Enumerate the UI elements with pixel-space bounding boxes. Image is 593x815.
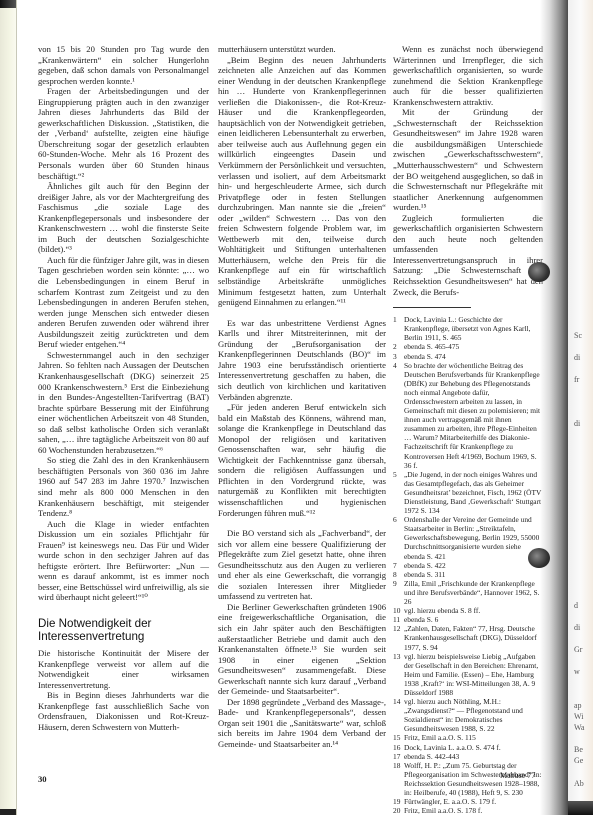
footnote: 4So brachte der wöchentliche Beitrag des… — [393, 361, 543, 470]
facing-page-text: di — [574, 622, 580, 633]
page-edge-shadow-bottom — [0, 809, 16, 815]
text-column-2: mutterhäusern unterstützt wurden. „Beim … — [218, 44, 386, 750]
quote-paragraph: „Beim Beginn des neuen Jahrhunderts zeic… — [218, 55, 386, 308]
section-heading: Die Notwendigkeit der Interessenvertretu… — [38, 617, 209, 643]
facing-page-text: d — [574, 600, 578, 611]
paragraph: Zugleich formulierten die gewerkschaftli… — [393, 213, 543, 297]
facing-page-text: di — [574, 352, 580, 363]
page-edge-shadow-top — [0, 0, 16, 8]
facing-page-text: Ab — [574, 778, 584, 789]
footnote: 5„Die Jugend, in der noch einiges Wahres… — [393, 470, 543, 515]
facing-page-text: di — [574, 418, 580, 429]
footnote-divider — [393, 307, 471, 308]
footnote: 19Fürtwängler, E. a.a.O. S. 179 f. — [393, 797, 543, 806]
paragraph: Die Berliner Gewerkschaften gründeten 19… — [218, 602, 386, 697]
book-gutter-shadow — [540, 0, 568, 815]
facing-page-text: Ge — [574, 755, 583, 766]
footnote: 3ebenda S. 474 — [393, 352, 543, 361]
paragraph: Ähnliches gilt auch für den Beginn der d… — [38, 181, 209, 255]
footnote: 1Dock, Lavinia L.: Geschichte der Kranke… — [393, 315, 543, 342]
page-number: 30 — [38, 774, 47, 784]
paragraph: Die BO verstand sich als „Fachverband“, … — [218, 528, 386, 602]
facing-page-text: Wi — [574, 711, 583, 722]
paragraph: Es war das unbestrittene Verdienst Agnes… — [218, 318, 386, 402]
binding-clip-icon — [528, 548, 550, 568]
facing-page-text: Be — [574, 744, 583, 755]
paragraph: Fragen der Arbeitsbedingungen und der Ei… — [38, 86, 209, 181]
paragraph: Die historische Kontinuität der Misere d… — [38, 648, 209, 690]
footnote: 2ebenda S. 465-475 — [393, 342, 543, 351]
facing-page-text: ap — [574, 700, 582, 711]
facing-page-shadow — [568, 801, 593, 815]
footnote: 17ebenda S. 442-443 — [393, 752, 543, 761]
adjacent-page-edge — [0, 0, 17, 815]
paragraph: Der 1898 gegründete „Verband des Massage… — [218, 697, 386, 750]
paragraph: Wenn es zunächst noch überwiegend Wärter… — [393, 44, 543, 107]
paragraph: Schwesternmangel auch in den sechziger J… — [38, 350, 209, 455]
footnote: 20Fritz, Emil a.a.O. S. 178 f. — [393, 806, 543, 815]
footnote: 16Dock, Lavinia L. a.a.O. S. 474 f. — [393, 743, 543, 752]
footnote: 10vgl. hierzu ebenda S. 8 ff. — [393, 606, 543, 615]
paragraph: von 15 bis 20 Stunden pro Tag wurde den … — [38, 44, 209, 86]
footnote: 13vgl. hierzu beispielsweise Liebig „Auf… — [393, 652, 543, 697]
footnote: 11ebenda S. 6 — [393, 615, 543, 624]
quote-paragraph: „Für jeden anderen Beruf entwickeln sich… — [218, 402, 386, 518]
footnote: 12„Zahlen, Daten, Fakten“ 77, Hrsg. Deut… — [393, 624, 543, 651]
paragraph: Mit der Gründung der „Schwesternschaft d… — [393, 107, 543, 212]
paragraph: Auch die Klage in wieder entfachten Disk… — [38, 519, 209, 603]
facing-page-text: Gr — [574, 644, 582, 655]
paragraph: Bis in Beginn dieses Jahrhunderts war di… — [38, 690, 209, 732]
facing-page-edge: Sc di fr di d di Gr w ap Wi Wa Be Ge Ab — [568, 0, 593, 815]
footnote: 14vgl. hierzu auch Nöthling, M.H.: „Zwan… — [393, 697, 543, 733]
facing-page-text: Wa — [574, 722, 584, 733]
footnote: 15Fritz, Emil a.a.O. S. 115 — [393, 733, 543, 742]
binding-clip-icon — [528, 262, 550, 282]
facing-page-text: Sc — [574, 330, 582, 341]
running-footer: Mabuse 77 — [500, 771, 535, 780]
footnote: 8ebenda S. 311 — [393, 570, 543, 579]
footnotes: 1Dock, Lavinia L.: Geschichte der Kranke… — [393, 315, 543, 815]
paragraph: Auch für die fünfziger Jahre gilt, was i… — [38, 255, 209, 350]
paragraph: mutterhäusern unterstützt wurden. — [218, 44, 386, 55]
facing-page-text: w — [574, 666, 580, 677]
text-column-1: von 15 bis 20 Stunden pro Tag wurde den … — [38, 44, 209, 732]
paragraph: So stieg die Zahl des in den Krankenhäus… — [38, 455, 209, 518]
footnote: 9Zilla, Emil „Frischkunde der Krankenpfl… — [393, 579, 543, 606]
facing-page-text: fr — [574, 374, 579, 385]
text-column-3: Wenn es zunächst noch überwiegend Wärter… — [393, 44, 543, 815]
footnote: 6Ordenshalle der Vereine der Gemeinde un… — [393, 515, 543, 560]
footnote: 7ebenda S. 422 — [393, 561, 543, 570]
